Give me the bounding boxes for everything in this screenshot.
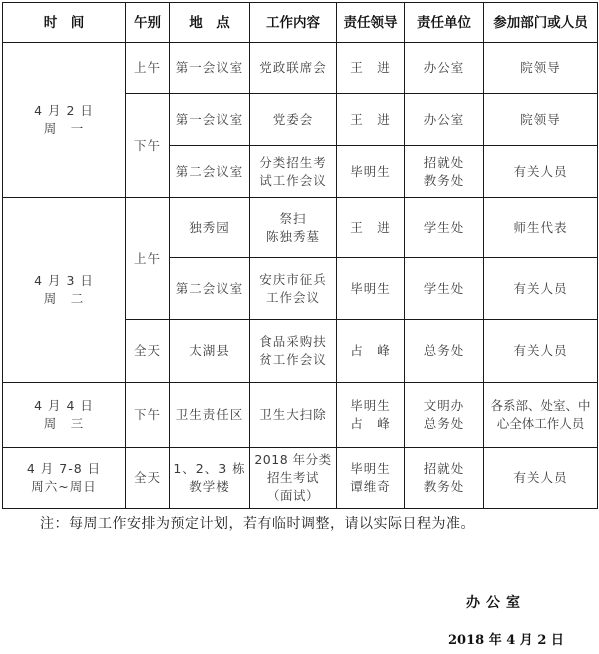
- date-cell: 4 月 7-8 日 周六~周日: [3, 448, 126, 509]
- date-text: 4 月 7-8 日: [5, 460, 123, 478]
- attendees-cell: 有关人员: [484, 448, 598, 509]
- header-content: 工作内容: [250, 3, 337, 43]
- location-cell: 第二会议室: [170, 146, 250, 198]
- header-period: 午别: [126, 3, 170, 43]
- table-row: 4 月 3 日 周 二 上午 独秀园 祭扫陈独秀墓 王 进 学生处 师生代表: [3, 198, 598, 258]
- location-cell: 第二会议室: [170, 258, 250, 320]
- content-cell: 祭扫陈独秀墓: [250, 198, 337, 258]
- weekday-text: 周 一: [5, 120, 123, 138]
- location-cell: 独秀园: [170, 198, 250, 258]
- attendees-cell: 院领导: [484, 94, 598, 146]
- table-row: 4 月 4 日 周 三 下午 卫生责任区 卫生大扫除 毕明生占 峰 文明办总务处…: [3, 383, 598, 448]
- unit-cell: 办公室: [405, 43, 484, 94]
- attendees-cell: 师生代表: [484, 198, 598, 258]
- weekday-text: 周 三: [5, 415, 123, 433]
- header-location: 地 点: [170, 3, 250, 43]
- content-cell: 2018 年分类招生考试（面试）: [250, 448, 337, 509]
- content-cell: 党委会: [250, 94, 337, 146]
- period-cell: 下午: [126, 383, 170, 448]
- header-time: 时 间: [3, 3, 126, 43]
- unit-cell: 学生处: [405, 198, 484, 258]
- attendees-cell: 院领导: [484, 43, 598, 94]
- leader-cell: 毕明生占 峰: [337, 383, 405, 448]
- content-cell: 食品采购扶贫工作会议: [250, 320, 337, 383]
- content-cell: 分类招生考试工作会议: [250, 146, 337, 198]
- signature-office: 办公室: [466, 592, 526, 612]
- date-text: 4 月 4 日: [5, 397, 123, 415]
- schedule-note: 注：每周工作安排为预定计划，若有临时调整，请以实际日程为准。: [40, 513, 475, 533]
- location-cell: 1、2、3 栋教学楼: [170, 448, 250, 509]
- unit-cell: 文明办总务处: [405, 383, 484, 448]
- date-text: 4 月 2 日: [5, 102, 123, 120]
- unit-cell: 招就处教务处: [405, 448, 484, 509]
- header-leader: 责任领导: [337, 3, 405, 43]
- weekday-text: 周六~周日: [5, 478, 123, 496]
- unit-cell: 学生处: [405, 258, 484, 320]
- unit-cell: 招就处教务处: [405, 146, 484, 198]
- location-cell: 第一会议室: [170, 43, 250, 94]
- period-cell: 全天: [126, 320, 170, 383]
- period-cell: 上午: [126, 43, 170, 94]
- date-cell: 4 月 2 日 周 一: [3, 43, 126, 198]
- attendees-cell: 有关人员: [484, 146, 598, 198]
- leader-cell: 王 进: [337, 43, 405, 94]
- header-unit: 责任单位: [405, 3, 484, 43]
- date-text: 4 月 3 日: [5, 272, 123, 290]
- leader-cell: 王 进: [337, 94, 405, 146]
- table-row: 4 月 2 日 周 一 上午 第一会议室 党政联席会 王 进 办公室 院领导: [3, 43, 598, 94]
- location-cell: 太湖县: [170, 320, 250, 383]
- leader-cell: 占 峰: [337, 320, 405, 383]
- attendees-cell: 各系部、处室、中心全体工作人员: [484, 383, 598, 448]
- date-cell: 4 月 4 日 周 三: [3, 383, 126, 448]
- leader-cell: 王 进: [337, 198, 405, 258]
- content-cell: 党政联席会: [250, 43, 337, 94]
- table-row: 4 月 7-8 日 周六~周日 全天 1、2、3 栋教学楼 2018 年分类招生…: [3, 448, 598, 509]
- leader-cell: 毕明生谭维奇: [337, 448, 405, 509]
- period-cell: 全天: [126, 448, 170, 509]
- weekly-schedule-table: 时 间 午别 地 点 工作内容 责任领导 责任单位 参加部门或人员 4 月 2 …: [2, 2, 598, 509]
- location-cell: 第一会议室: [170, 94, 250, 146]
- content-cell: 安庆市征兵工作会议: [250, 258, 337, 320]
- table-header-row: 时 间 午别 地 点 工作内容 责任领导 责任单位 参加部门或人员: [3, 3, 598, 43]
- period-cell: 下午: [126, 94, 170, 198]
- period-cell: 上午: [126, 198, 170, 320]
- unit-cell: 总务处: [405, 320, 484, 383]
- location-cell: 卫生责任区: [170, 383, 250, 448]
- leader-cell: 毕明生: [337, 258, 405, 320]
- header-attendees: 参加部门或人员: [484, 3, 598, 43]
- weekday-text: 周 二: [5, 290, 123, 308]
- signature-date: 2018 年 4 月 2 日: [448, 629, 564, 648]
- leader-cell: 毕明生: [337, 146, 405, 198]
- date-cell: 4 月 3 日 周 二: [3, 198, 126, 383]
- attendees-cell: 有关人员: [484, 320, 598, 383]
- unit-cell: 办公室: [405, 94, 484, 146]
- content-cell: 卫生大扫除: [250, 383, 337, 448]
- attendees-cell: 有关人员: [484, 258, 598, 320]
